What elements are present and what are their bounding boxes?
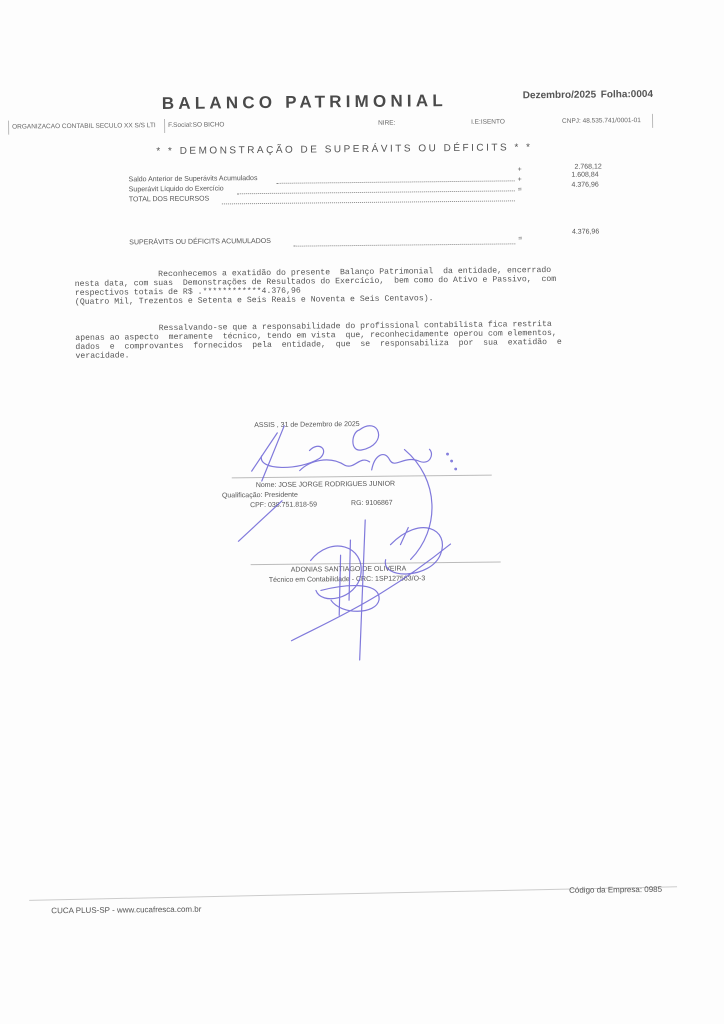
signature-accountant — [290, 519, 451, 661]
footer-company-code: Código da Empresa: 0985 — [569, 885, 662, 895]
footer-software: CUCA PLUS-SP - www.cucafresca.com.br — [51, 905, 201, 916]
signature-president — [237, 424, 457, 561]
handwritten-signatures — [0, 0, 724, 1024]
document-page: BALANCO PATRIMONIAL Dezembro/2025 Folha:… — [0, 0, 724, 1024]
